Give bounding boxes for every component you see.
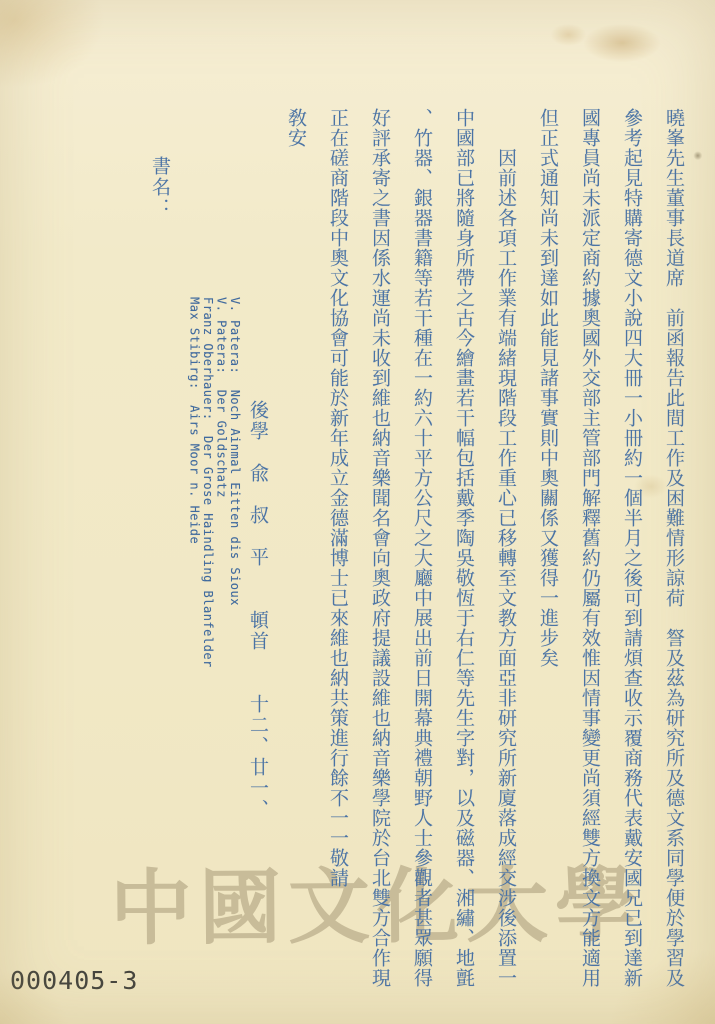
letter-column: 正在磋商階段中奧文化協會可能於新年成立金德滿博士已來維也納共策進行餘不一一敬請: [317, 108, 359, 1000]
letter-body: 曉峯先生董事長道席 前函報告此間工作及困難情形諒荷 詧及茲為研究所及德文系同學便…: [293, 108, 695, 1000]
letter-column: 好評承寄之書因係水運尚未收到維也納音樂聞名會向奧政府提議設維也納音樂學院於台北雙…: [359, 108, 401, 1000]
book-title: Franz Oberhauer: Der Grose Haindling Bla…: [201, 297, 215, 637]
letter-column: 參考起見特購寄德文小說四大冊一小冊約一個半月之後可到請煩查收示覆商務代表戴安國兄…: [611, 108, 653, 1000]
letter-column: 中國部已將隨身所帶之古今繪畫若干幅包括戴季陶吳敬恆于右仁等先生字對，以及磁器、湘…: [443, 108, 485, 1000]
letter-column: 國專員尚未派定商約據奧國外交部主管部門解釋舊約仍屬有效惟因情事變更尚須經雙方換文…: [569, 108, 611, 1000]
book-title-list: Max Stibirg: Airs Moor n. Heide Franz Ob…: [187, 297, 241, 637]
book-title: V. Patera: Noch Ainmal Eitten dis Sioux: [228, 297, 242, 637]
letter-closing-salutation: 敎安: [275, 108, 317, 1000]
book-list-label: 書名：: [147, 156, 174, 219]
book-title: V. Patera: Der Goldschatz: [214, 297, 228, 637]
letter-column: 但正式通知尚未到達如此能見諸事實則中奧關係又獲得一進步矣: [527, 108, 569, 1000]
archive-serial-number: 000405-3: [10, 966, 138, 995]
letter-column: 因前述各項工作業有端緒現階段工作重心已移轉至文教方面亞非研究所新廈落成經交涉後添…: [485, 108, 527, 1000]
scanned-letter-page: { "letter": { "columns": [ "曉峯先生董事長道席 前函…: [0, 0, 715, 1024]
letter-column: 、竹器、銀器書籍等若干種在一約六十平方公尺之大廳中展出前日開幕典禮朝野人士參觀者…: [401, 108, 443, 1000]
book-title: Max Stibirg: Airs Moor n. Heide: [187, 297, 201, 637]
signature-block: 後學 兪 叔 平 頓首 十二、廿一、: [243, 400, 273, 870]
letter-column: 曉峯先生董事長道席 前函報告此間工作及困難情形諒荷 詧及茲為研究所及德文系同學便…: [653, 108, 695, 1000]
